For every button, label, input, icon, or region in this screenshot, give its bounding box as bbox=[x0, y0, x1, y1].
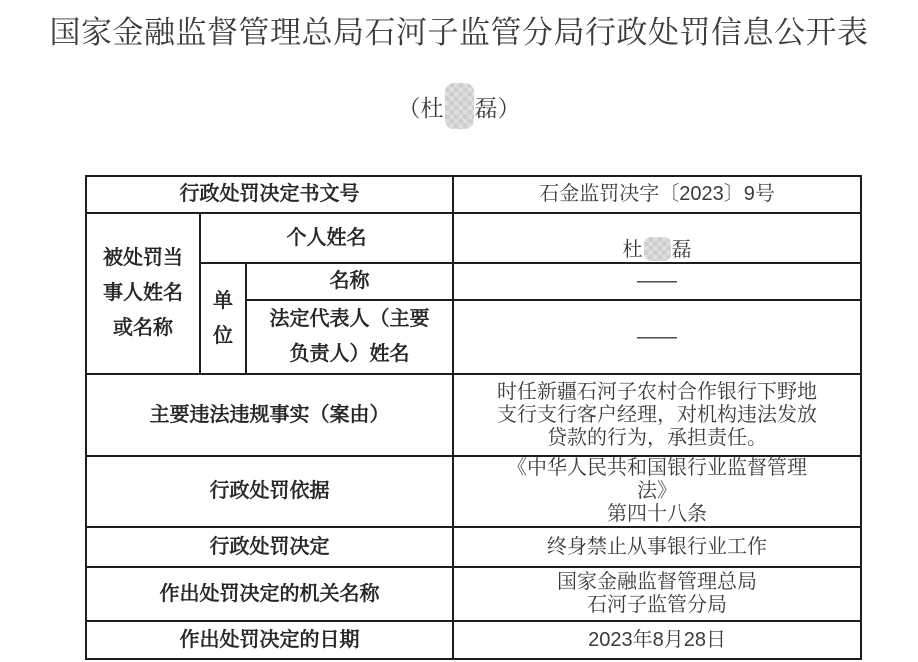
subtitle-suffix: 磊） bbox=[475, 90, 521, 123]
facts-label: 主要违法违规事实（案由） bbox=[86, 374, 453, 456]
table-row: 作出处罚决定的日期 2023年8月28日 bbox=[86, 621, 861, 659]
legal-rep-value: —— bbox=[453, 300, 861, 374]
table-row: 单 位 名称 —— bbox=[86, 263, 861, 300]
date-value: 2023年8月28日 bbox=[453, 621, 861, 659]
decision-value: 终身禁止从事银行业工作 bbox=[453, 527, 861, 567]
redaction-block bbox=[445, 83, 474, 129]
basis-value: 《中华人民共和国银行业监督管理 法》 第四十八条 bbox=[453, 456, 861, 527]
personal-name-label: 个人姓名 bbox=[200, 213, 453, 263]
facts-value: 时任新疆石河子农村合作银行下野地 支行支行客户经理，对机构违法发放 贷款的行为，… bbox=[453, 374, 861, 456]
date-label: 作出处罚决定的日期 bbox=[86, 621, 453, 659]
redaction-block bbox=[644, 237, 671, 261]
unit-name-label: 名称 bbox=[246, 263, 453, 300]
authority-label: 作出处罚决定的机关名称 bbox=[86, 567, 453, 621]
personal-name-suffix: 磊 bbox=[672, 239, 692, 261]
table-row: 行政处罚依据 《中华人民共和国银行业监督管理 法》 第四十八条 bbox=[86, 456, 861, 527]
doc-number-value: 石金监罚决字〔2023〕9号 bbox=[453, 176, 861, 213]
penalty-info-table: 行政处罚决定书文号 石金监罚决字〔2023〕9号 被处罚当 事人姓名 或名称 个… bbox=[85, 175, 862, 660]
personal-name-prefix: 杜 bbox=[623, 239, 643, 261]
doc-number-label: 行政处罚决定书文号 bbox=[86, 176, 453, 213]
table-row: 主要违法违规事实（案由） 时任新疆石河子农村合作银行下野地 支行支行客户经理，对… bbox=[86, 374, 861, 456]
personal-name-value: 杜磊 bbox=[453, 213, 861, 263]
subtitle-prefix: （杜 bbox=[398, 90, 444, 123]
decision-label: 行政处罚决定 bbox=[86, 527, 453, 567]
party-group-label: 被处罚当 事人姓名 或名称 bbox=[86, 213, 200, 374]
basis-label: 行政处罚依据 bbox=[86, 456, 453, 527]
table-row: 行政处罚决定书文号 石金监罚决字〔2023〕9号 bbox=[86, 176, 861, 213]
legal-rep-label: 法定代表人（主要 负责人）姓名 bbox=[246, 300, 453, 374]
table-row: 被处罚当 事人姓名 或名称 个人姓名 杜磊 bbox=[86, 213, 861, 263]
table-row: 作出处罚决定的机关名称 国家金融监督管理总局 石河子监管分局 bbox=[86, 567, 861, 621]
authority-value: 国家金融监督管理总局 石河子监管分局 bbox=[453, 567, 861, 621]
unit-label: 单 位 bbox=[200, 263, 246, 374]
page-subtitle: （杜 磊） bbox=[0, 81, 918, 131]
table-row: 行政处罚决定 终身禁止从事银行业工作 bbox=[86, 527, 861, 567]
page-title: 国家金融监督管理总局石河子监管分局行政处罚信息公开表 bbox=[0, 7, 918, 52]
unit-name-value: —— bbox=[453, 263, 861, 300]
